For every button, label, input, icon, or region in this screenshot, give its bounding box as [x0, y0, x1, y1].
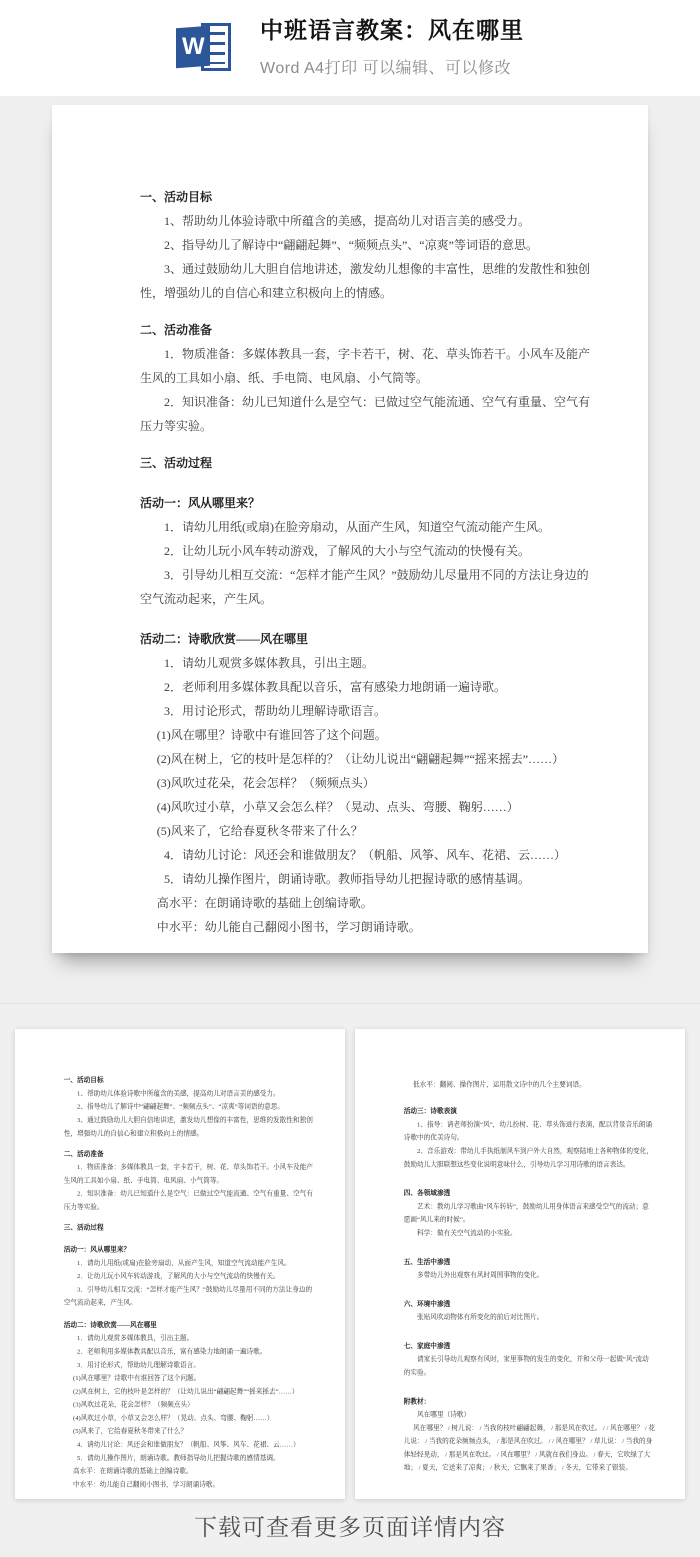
thumbnail-page-1[interactable]: 一、活动目标1、帮助幼儿体验诗歌中所蕴含的美感，提高幼儿对语言美的感受力。2、指…	[15, 1029, 345, 1499]
doc-paragraph: 3．引导幼儿相互交流：“怎样才能产生风？”鼓励幼儿尽量用不同的方法让身边的空气流…	[140, 563, 594, 611]
doc-paragraph: 1、帮助幼儿体验诗歌中所蕴含的美感，提高幼儿对语言美的感受力。	[140, 209, 594, 233]
doc-paragraph: (1)风在哪里？诗歌中有谁回答了这个问题。	[64, 1371, 315, 1384]
doc-paragraph: (2)风在树上，它的枝叶是怎样的？（让幼儿说出“翩翩起舞”“摇来摇去”……）	[64, 1384, 315, 1397]
doc-paragraph: 低水平：翻阅、操作图片，运用散文诗中的几个主要词语。	[404, 1078, 655, 1091]
doc-paragraph: 1．请幼儿用纸(或扇)在脸旁扇动，从面产生风，知道空气流动能产生风。	[64, 1256, 315, 1269]
doc-paragraph: (3)风吹过花朵，花会怎样？（频频点头）	[140, 771, 594, 795]
doc-paragraph: 2．让幼儿玩小风车转动游戏，了解风的大小与空气流动的快慢有关。	[64, 1269, 315, 1282]
doc-paragraph: 风在哪里？ / 树儿说： / 当我的枝叶翩翩起舞， / 那是风在吹过。 / / …	[404, 1421, 655, 1474]
doc-subheading: 活动二：诗歌欣赏——风在哪里	[64, 1318, 315, 1331]
page-title: 中班语言教案：风在哪里	[260, 18, 524, 43]
doc-paragraph: 3、通过鼓励幼儿大胆自信地讲述，激发幼儿想像的丰富性，思维的发散性和独创性，增强…	[64, 1113, 315, 1140]
doc-paragraph: 高水平：在朗诵诗歌的基础上创编诗歌。	[140, 891, 594, 915]
doc-paragraph: 2、指导幼儿了解诗中“翩翩起舞”、“频频点头”、“凉爽”等词语的意思。	[64, 1100, 315, 1113]
doc-paragraph: 3．用讨论形式，帮助幼儿理解诗歌语言。	[64, 1358, 315, 1371]
word-icon-letter: W	[182, 33, 205, 61]
doc-paragraph: 2．让幼儿玩小风车转动游戏，了解风的大小与空气流动的快慢有关。	[140, 539, 594, 563]
doc-paragraph: 4．请幼儿讨论：风还会和谁做朋友？（帆船、风筝、风车、花裙、云……）	[140, 843, 594, 867]
word-icon: W	[176, 19, 234, 77]
doc-paragraph: 4．请幼儿讨论：风还会和谁做朋友？（帆船、风筝、风车、花裙、云……）	[64, 1438, 315, 1451]
doc-paragraph: 2．知识准备：幼儿已知道什么是空气：已做过空气能流通、空气有重量、空气有压力等实…	[140, 390, 594, 438]
page-subtitle: Word A4打印 可以编辑、可以修改	[260, 55, 524, 78]
doc-subheading: 活动二：诗歌欣赏——风在哪里	[140, 627, 594, 651]
doc-heading: 一、活动目标	[140, 185, 594, 209]
doc-paragraph: 1．物质准备：多媒体教具一套，字卡若干，树、花、草头饰若干。小风车及能产生风的工…	[64, 1160, 315, 1187]
doc-heading: 六、环境中渗透	[404, 1297, 655, 1310]
doc-paragraph: 张贴风吹动物体有所变化的前后对比图片。	[404, 1310, 655, 1323]
thumbnail-row: 一、活动目标1、帮助幼儿体验诗歌中所蕴含的美感，提高幼儿对语言美的感受力。2、指…	[0, 1029, 700, 1499]
doc-heading: 三、活动过程	[140, 451, 594, 475]
doc-paragraph: 风在哪里（诗歌）	[404, 1408, 655, 1421]
doc-paragraph: 1、帮助幼儿体验诗歌中所蕴含的美感，提高幼儿对语言美的感受力。	[64, 1087, 315, 1100]
doc-subheading: 活动三：诗歌表演	[404, 1104, 655, 1117]
word-icon-flap: W	[176, 26, 210, 68]
doc-paragraph: (1)风在哪里？诗歌中有谁回答了这个问题。	[140, 723, 594, 747]
doc-paragraph: (4)风吹过小草，小草又会怎么样？（晃动、点头、弯腰、鞠躬……）	[140, 795, 594, 819]
doc-paragraph: 1．物质准备：多媒体教具一套，字卡若干，树、花、草头饰若干。小风车及能产生风的工…	[140, 342, 594, 390]
doc-paragraph: 科学：做有关空气流动的小实验。	[404, 1226, 655, 1239]
doc-paragraph: 2．老师利用多媒体教具配以音乐，富有感染力地朗诵一遍诗歌。	[64, 1345, 315, 1358]
header-content: W 中班语言教案：风在哪里 Word A4打印 可以编辑、可以修改	[176, 18, 524, 77]
doc-heading: 四、各领域渗透	[404, 1186, 655, 1199]
doc-paragraph: 多带幼儿外出观察有风时周围事物的变化。	[404, 1268, 655, 1281]
doc-paragraph: 中水平：幼儿能自己翻阅小图书，学习朗诵诗歌。	[64, 1477, 315, 1490]
doc-paragraph: 艺术：教幼儿学习歌曲“风车转转”，鼓励幼儿用身体语言来感受空气的流动；意愿画“风…	[404, 1200, 655, 1227]
doc-paragraph: 2．知识准备：幼儿已知道什么是空气：已做过空气能流通、空气有重量、空气有压力等实…	[64, 1187, 315, 1214]
doc-paragraph: (5)风来了，它给春夏秋冬带来了什么？	[64, 1424, 315, 1437]
doc-heading: 二、活动准备	[64, 1147, 315, 1160]
document-page-preview: 一、活动目标1、帮助幼儿体验诗歌中所蕴含的美感，提高幼儿对语言美的感受力。2、指…	[52, 105, 648, 953]
doc-heading: 二、活动准备	[140, 318, 594, 342]
doc-heading: 三、活动过程	[64, 1221, 315, 1234]
doc-subheading: 活动一：风从哪里来？	[140, 491, 594, 515]
thumbnail-page-1-content: 一、活动目标1、帮助幼儿体验诗歌中所蕴含的美感，提高幼儿对语言美的感受力。2、指…	[15, 1029, 345, 1499]
doc-paragraph: (2)风在树上，它的枝叶是怎样的？（让幼儿说出“翩翩起舞”“摇来摇去”……）	[140, 747, 594, 771]
doc-paragraph: (3)风吹过花朵，花会怎样？（频频点头）	[64, 1398, 315, 1411]
doc-paragraph: 5．请幼儿操作图片，朗诵诗歌。教师指导幼儿把握诗歌的感情基调。	[64, 1451, 315, 1464]
more-pages-section: 一、活动目标1、帮助幼儿体验诗歌中所蕴含的美感，提高幼儿对语言美的感受力。2、指…	[0, 1003, 700, 1543]
doc-subheading: 活动一：风从哪里来？	[64, 1243, 315, 1256]
download-hint-label: 下载可查看更多页面详情内容	[0, 1511, 700, 1543]
doc-paragraph: 1．请幼儿观赏多媒体教具，引出主题。	[64, 1331, 315, 1344]
word-icon-lines	[208, 32, 225, 64]
thumbnail-page-2[interactable]: 低水平：翻阅、操作图片，运用散文诗中的几个主要词语。活动三：诗歌表演1、指导：请…	[355, 1029, 685, 1499]
title-block: 中班语言教案：风在哪里 Word A4打印 可以编辑、可以修改	[260, 18, 524, 77]
doc-heading: 五、生活中渗透	[404, 1255, 655, 1268]
doc-paragraph: 3．引导幼儿相互交流：“怎样才能产生风？”鼓励幼儿尽量用不同的方法让身边的空气流…	[64, 1283, 315, 1310]
doc-paragraph: (4)风吹过小草，小草又会怎么样？（晃动、点头、弯腰、鞠躬……）	[64, 1411, 315, 1424]
doc-paragraph: 2．老师利用多媒体教具配以音乐，富有感染力地朗诵一遍诗歌。	[140, 675, 594, 699]
doc-paragraph: 请家长引导幼儿观察有风时，家里事物的发生的变化，并和父母一起做“风”流动的实验。	[404, 1352, 655, 1379]
doc-paragraph: 1．请幼儿观赏多媒体教具，引出主题。	[140, 651, 594, 675]
doc-paragraph: 5．请幼儿操作图片，朗诵诗歌。教师指导幼儿把握诗歌的感情基调。	[140, 867, 594, 891]
thumbnail-page-2-content: 低水平：翻阅、操作图片，运用散文诗中的几个主要词语。活动三：诗歌表演1、指导：请…	[355, 1029, 685, 1499]
doc-paragraph: 2、指导幼儿了解诗中“翩翩起舞”、“频频点头”、“凉爽”等词语的意思。	[140, 233, 594, 257]
doc-heading: 七、家庭中渗透	[404, 1339, 655, 1352]
doc-paragraph: (5)风来了，它给春夏秋冬带来了什么？	[140, 819, 594, 843]
doc-heading: 一、活动目标	[64, 1073, 315, 1086]
doc-paragraph: 1．请幼儿用纸(或扇)在脸旁扇动，从面产生风，知道空气流动能产生风。	[140, 515, 594, 539]
doc-heading: 附教材：	[404, 1394, 655, 1407]
doc-paragraph: 1、指导：请老师扮演“风”，幼儿扮树、花、草头饰进行表演，配以背景音乐朗诵诗歌中…	[404, 1118, 655, 1145]
doc-paragraph: 中水平：幼儿能自己翻阅小图书，学习朗诵诗歌。	[140, 915, 594, 939]
preview-header: W 中班语言教案：风在哪里 Word A4打印 可以编辑、可以修改	[0, 0, 700, 96]
doc-paragraph: 2、音乐游戏：带幼儿手执纸制风车到户外大自然，观察陆地上各种物体的变化，鼓励幼儿…	[404, 1144, 655, 1171]
doc-paragraph: 高水平：在朗诵诗歌的基础上创编诗歌。	[64, 1464, 315, 1477]
doc-paragraph: 3．用讨论形式，帮助幼儿理解诗歌语言。	[140, 699, 594, 723]
doc-paragraph: 3、通过鼓励幼儿大胆自信地讲述，激发幼儿想像的丰富性，思维的发散性和独创性，增强…	[140, 257, 594, 305]
